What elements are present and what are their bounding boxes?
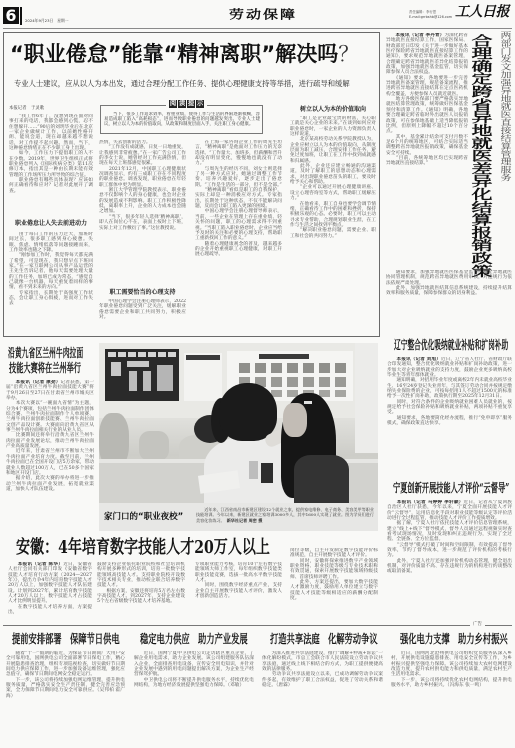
- editor-credit: 责任编辑：李行思: [409, 10, 436, 14]
- feature-col4-text: “职工是企业最宝贵的财富，关心职工就是关心企业的未来。”在谈到如何应对职业倦怠时…: [290, 116, 376, 335]
- feature-headline-text: “职业倦怠”能靠“精神离职”解决吗: [10, 42, 338, 66]
- medical-article-subtitle: 两部门发文加强异地就医直接结算管理服务: [499, 31, 511, 181]
- photo-board-card: [127, 361, 149, 367]
- liaoning-article-text: 本报讯（记者 刘旭）近日，辽宁省人社厅、省财政厅联合印发通知，整合优化吸纳就业补…: [387, 357, 512, 472]
- article-body: 为深化跨省异地就医直接结算工作，国家医保局、财政部近日印发《关于进一步做好基本医…: [386, 33, 468, 166]
- ad-author: （邓敏）: [228, 683, 244, 688]
- photo-window: [355, 343, 378, 453]
- photo-title: 家门口的“职业夜校”: [104, 512, 183, 522]
- editor-email: E-mail:grrbshb@126.com: [409, 15, 452, 19]
- ad-text: 为深入推进共享法庭建设，推行“调解+仲裁+诉讼”一体化解纷模式，市总工会联合市人…: [262, 651, 383, 746]
- anhui-col1-text: 本报讯（记者 陈华）近日，安徽省人社厅会同有关部门印发《安徽省数字技能人才培育行…: [8, 562, 92, 620]
- photo-board-card: [143, 371, 151, 391]
- article-body: 近日，辽宁省人社厅、省财政厅联合印发通知，整合优化吸纳就业补贴和扩岗补助政策，进…: [387, 357, 512, 426]
- ad-label: 广告: [470, 622, 485, 628]
- article-body: 近日，安徽省人社厅会同有关部门印发《安徽省数字技能人才培育行动方案（2024—2…: [8, 562, 92, 615]
- photo-display-header: [259, 354, 309, 359]
- ad-text: 近日，国网河北沧州供电公司组织党员服务队深入乡村，开展供电设施隐患排查、用电安全…: [391, 651, 512, 746]
- reading-tip-text: 当下，很多工作追求效率，看重业绩，使得工作与生活的界限逐渐模糊，容易造成职工陷入…: [104, 112, 260, 133]
- photo-notice-header: [186, 355, 220, 360]
- feature-col1-text: 由于每日工作的压力过大，加班时间过长，很多职工感到身心疲惫。失眠、焦虑、情绪低落…: [9, 232, 93, 335]
- noodle-article-text: 本报讯（记者 康劲）记者获悉，第一届“沿黄九省区兰州牛肉拉面技能大赛”将于9月2…: [6, 380, 94, 532]
- photo-cosmetic-jar: [261, 463, 273, 483]
- section-title: 劳动保障: [229, 9, 297, 21]
- photo-board-card: [129, 371, 137, 391]
- feature-col1-text: “我工作6年了，没想到现在面对同事打来的电话，我都会感到心慌，忍不住想躲开……”…: [9, 114, 93, 217]
- header-rule: [3, 28, 512, 29]
- medical-article-text: 本报讯（记者 李丹青）为深化跨省异地就医直接结算工作，国家医保局、财政部近日印发…: [386, 33, 468, 268]
- photo-caption-text: 近年来，江西省南昌市新建区建设12个就业之家，提供家电维修、电子商务、美容美甲等…: [196, 507, 374, 523]
- photo-model-body: [294, 455, 349, 503]
- photo-caption: 近年来，江西省南昌市新建区建设12个就业之家，提供家电维修、电子商务、美容美甲等…: [196, 507, 374, 525]
- medical-article-text: 通知要求，加强异地就医医保基金监管，健全异地就医协同管理机制，规范跨省异地就医费…: [386, 270, 512, 320]
- ad-headline: 打造共享法庭 化解劳动争议: [270, 633, 378, 645]
- photo-glass: [249, 461, 258, 479]
- masthead-logo: 工人日报: [455, 4, 509, 20]
- ningxia-headline: 宁夏创新开展技能人才评价“云督导”: [393, 482, 509, 494]
- feature-headline-mark: ？: [338, 42, 359, 66]
- ningxia-article-text: 本报讯（记者 马婷婷 李轩颖）近日，记者从宁夏回族自治区人社厅获悉，今年以来，宁…: [387, 500, 512, 620]
- anhui-col3-text: 专项职业能力考核，培育10个左右数字技能领域大师工作室，每年组织数字技能类职业技…: [195, 562, 282, 620]
- ad-divider: [3, 625, 512, 626]
- photo-board-card: [157, 365, 173, 391]
- reading-tip-char: 示: [196, 100, 204, 108]
- liaoning-headline: 辽宁整合优化吸纳就业补贴和扩岗补助: [394, 339, 508, 351]
- feature-col2-text: 中国心理学会注册心理师表示，2022年职业倦怠问题受到广泛关注，缓解职业倦怠需要…: [99, 299, 186, 335]
- page-number-bar: [20, 7, 22, 25]
- issue-date: 2024年9月23日 星期一: [25, 19, 69, 23]
- anhui-col2-text: 鼓励支持企业依托职业院校和社会培训机构开展多种形式的培训，培育一批数字技能领域高…: [97, 562, 185, 620]
- article-body: 近日，记者从宁夏回族自治区人社厅获悉，今年以来，宁夏全面开展技能人才评价“云督导…: [387, 500, 512, 574]
- photo-background-student: [139, 431, 169, 461]
- ad-text: 随着“十一”假期的临近，为保证节日期间广大用户安全可靠用电，国网供电公司全面部署…: [6, 651, 125, 746]
- ad-author: （冯海东 张一鸣）: [447, 683, 484, 688]
- ad-headline: 稳定电力供应 助力产业发展: [140, 633, 248, 645]
- feature-section-heading: 职业倦怠让人失去前进动力: [9, 220, 93, 227]
- reading-tip-char: 提: [187, 100, 195, 108]
- noodle-headline-line1: 沿黄九省区兰州牛肉拉面: [8, 347, 83, 359]
- reading-tip-char: 阅: [169, 100, 177, 108]
- news-photo: [99, 343, 378, 503]
- feature-col2-text: 热情，失去创新的活力。 “工作没有成就感，日复一日地重复，让我感到非常疲惫。”在…: [99, 140, 186, 287]
- feature-section-heading: 树立以人为本的价值取向: [290, 106, 376, 113]
- ad-headline: 提前安排部署 保障节日供电: [12, 633, 120, 645]
- reading-tip-char: 读: [178, 100, 186, 108]
- photo-notice-board: [184, 353, 222, 401]
- page-number: 6: [3, 7, 19, 24]
- medical-article-title: 合理确定跨省异地就医差异化结算报销政策: [470, 34, 492, 277]
- photo-model-face: [283, 403, 307, 437]
- feature-headline: “职业倦怠”能靠“精神离职”解决吗？: [10, 42, 359, 66]
- ad-headline: 强化电力支撑 助力乡村振兴: [400, 633, 508, 645]
- reading-tip-label: 阅 读 提 示: [166, 100, 207, 108]
- photo-hair-clip: [304, 401, 312, 404]
- ad-text: 近日，国网宁夏中卫供电公司走访辖区重点企业，了解企业用电需求，助力企业发展。该公…: [134, 651, 254, 746]
- anhui-headline: 安徽：4年培育数字技能人才20万人以上: [16, 539, 270, 557]
- noodle-headline-line2: 技能大赛将在兰州举行: [9, 362, 81, 374]
- photo-credit: 新华社记者 周密 摄: [227, 518, 263, 523]
- ad-author: （唐霖）: [276, 683, 292, 688]
- photo-board-card: [111, 362, 121, 376]
- feature-section-heading: 职工需要恰当的心理支持: [99, 289, 186, 296]
- photo-thumbnails-row: [239, 363, 347, 373]
- feature-col3-text: 在上海一家咨询企业工作的周先生坦言，“精神离职”是他面对工作压力的无奈选择。“工…: [195, 140, 282, 335]
- photo-board-labels: [108, 352, 176, 357]
- photo-student-hair: [219, 383, 277, 441]
- feature-subheadline: 专业人士建议，应从以人为本出发，通过合理分配工作任务、提供心理健康支持等举措，进…: [14, 80, 350, 88]
- feature-byline: 本报记者 于灵歌: [9, 106, 44, 111]
- article-body: 记者获悉，第一届“沿黄九省区兰州牛肉拉面技能大赛”将于9月26日至27日在甘肃省…: [6, 380, 94, 492]
- anhui-col4-text: 岗位等级，自主开发制定数字技能评价标准规范，自主开展数字技能人才评价。 同时，安…: [290, 548, 378, 620]
